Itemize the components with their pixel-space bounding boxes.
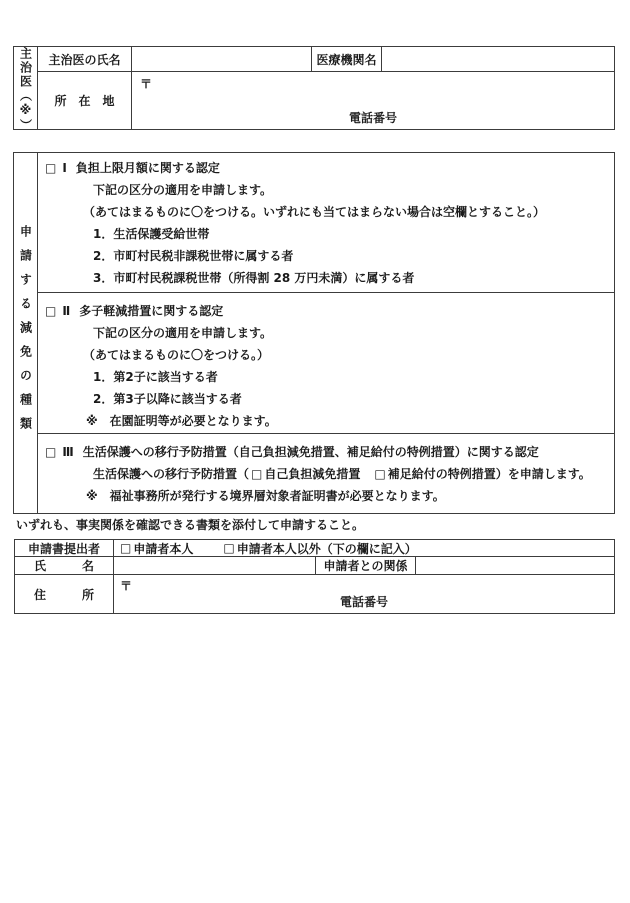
form-page: 主治医（※） 主治医の氏名 医療機関名 所 在 地 〒 電話番号 申請する減免の…: [0, 0, 630, 903]
institution-field[interactable]: [382, 47, 614, 71]
section-2-line-1: 下記の区分の適用を申請します。: [38, 322, 614, 344]
doctor-address-label: 所 在 地: [38, 72, 132, 129]
section-1-item-2: 2．市町村民税非課税世帯に属する者: [38, 245, 614, 267]
institution-label: 医療機関名: [312, 47, 382, 71]
doctor-table: 主治医（※） 主治医の氏名 医療機関名 所 在 地 〒 電話番号: [13, 46, 615, 130]
section-3: □ Ⅲ 生活保護への移行予防措置（自己負担減免措置、補足給付の特例措置）に関する…: [38, 434, 614, 513]
section-3-numeral: Ⅲ: [62, 441, 73, 463]
section-1-item-1: 1．生活保護受給世帯: [38, 223, 614, 245]
submitter-address-label: 住 所: [15, 575, 114, 613]
checkbox-self-burden-exemption[interactable]: □: [251, 463, 262, 485]
doctor-address-field[interactable]: 〒 電話番号: [132, 72, 614, 129]
applicant-self-label: 申請者本人: [133, 540, 193, 557]
submitter-name-label: 氏 名: [15, 557, 114, 574]
submitter-header-label: 申請書提出者: [15, 540, 114, 556]
relation-label: 申請者との関係: [316, 557, 416, 574]
doctor-side-label: 主治医（※）: [20, 47, 32, 129]
doctor-name-label: 主治医の氏名: [38, 47, 132, 71]
doctor-name-field[interactable]: [132, 47, 312, 71]
submitter-phone-label: 電話番号: [114, 593, 614, 610]
submitter-table: 申請書提出者 □ 申請者本人 □ 申請者本人以外（下の欄に記入） 氏 名 申請者…: [14, 539, 615, 614]
section-1-line-2: （あてはまるものに〇をつける。いずれにも当てはまらない場合は空欄とすること。）: [38, 201, 614, 223]
section-1-item-3: 3．市町村民税課税世帯（所得割 28 万円未満）に属する者: [38, 267, 614, 289]
section-1-title: 負担上限月額に関する認定: [76, 157, 220, 179]
section-2-item-2: 2．第3子以降に該当する者: [38, 388, 614, 410]
checkbox-applicant-self[interactable]: □: [120, 541, 131, 555]
section-3-title: 生活保護への移行予防措置（自己負担減免措置、補足給付の特例措置）に関する認定: [83, 441, 539, 463]
checkbox-section-1[interactable]: □: [45, 157, 56, 179]
section-2-numeral: Ⅱ: [62, 300, 70, 322]
postal-mark-submitter: 〒: [120, 577, 132, 594]
checkbox-section-2[interactable]: □: [45, 300, 56, 322]
checkbox-applicant-other[interactable]: □: [223, 541, 234, 555]
checkbox-section-3[interactable]: □: [45, 441, 56, 463]
applicant-other-label: 申請者本人以外（下の欄に記入）: [237, 540, 417, 557]
attachment-note: いずれも、事実関係を確認できる書類を添付して申請すること。: [16, 517, 364, 533]
section-2-title: 多子軽減措置に関する認定: [79, 300, 223, 322]
exemption-side-label: 申請する減免の種類: [20, 225, 32, 441]
section-1-line-1: 下記の区分の適用を申請します。: [38, 179, 614, 201]
postal-mark: 〒: [140, 75, 152, 92]
section-3-apply-line: 生活保護への移行予防措置（ □ 自己負担減免措置 □ 補足給付の特例措置）を申請…: [38, 463, 614, 485]
checkbox-supplement-benefit[interactable]: □: [374, 463, 385, 485]
exemption-table: 申請する減免の種類 □ Ⅰ 負担上限月額に関する認定 下記の区分の適用を申請しま…: [13, 152, 615, 514]
section-1: □ Ⅰ 負担上限月額に関する認定 下記の区分の適用を申請します。 （あてはまるも…: [38, 153, 614, 293]
supplement-benefit-label: 補足給付の特例措置）を申請します。: [388, 463, 591, 485]
section-2-note: ※ 在園証明等が必要となります。: [38, 410, 614, 432]
doctor-phone-label: 電話番号: [132, 109, 614, 126]
section-2-line-2: （あてはまるものに〇をつける。）: [38, 344, 614, 366]
section-3-note: ※ 福祉事務所が発行する境界層対象者証明書が必要となります。: [38, 485, 614, 507]
submitter-address-field[interactable]: 〒 電話番号: [114, 575, 614, 613]
section-2-item-1: 1．第2子に該当する者: [38, 366, 614, 388]
self-burden-exemption-label: 自己負担減免措置: [264, 463, 360, 485]
section-3-apply-pre: 生活保護への移行予防措置（: [93, 463, 249, 485]
relation-field[interactable]: [416, 557, 614, 574]
section-2: □ Ⅱ 多子軽減措置に関する認定 下記の区分の適用を申請します。 （あてはまるも…: [38, 293, 614, 434]
section-1-numeral: Ⅰ: [62, 157, 66, 179]
doctor-side-label-cell: 主治医（※）: [14, 47, 38, 129]
submitter-options: □ 申請者本人 □ 申請者本人以外（下の欄に記入）: [114, 540, 614, 556]
submitter-name-field[interactable]: [114, 557, 316, 574]
exemption-side-label-cell: 申請する減免の種類: [14, 153, 38, 513]
